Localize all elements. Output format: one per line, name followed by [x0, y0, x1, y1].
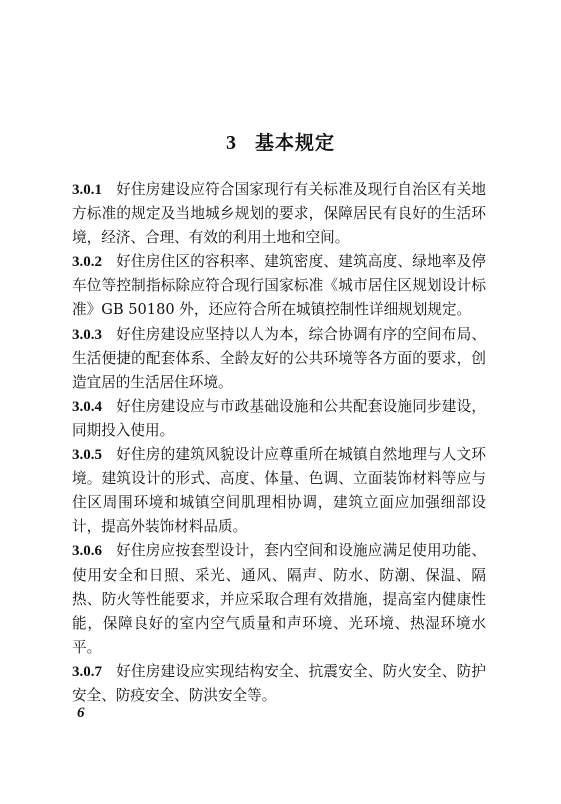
clause-number: 3.0.4: [72, 399, 102, 415]
clause-text: 好住房建设应与市政基础设施和公共配套设施同步建设，同期投入使用。: [72, 398, 486, 439]
clause-text: 好住房建设应坚持以人为本，综合协调有序的空间布局、生活便捷的配套体系、全龄友好的…: [72, 326, 486, 391]
clause-text: 好住房建设应实现结构安全、抗震安全、防火安全、防护安全、防疫安全、防洪安全等。: [72, 663, 486, 704]
chapter-title: 基本规定: [255, 132, 335, 154]
clause-text: 好住房住区的容积率、建筑密度、建筑高度、绿地率及停车位等控制指标除应符合现行国家…: [72, 253, 486, 318]
clause-number: 3.0.6: [72, 543, 102, 559]
clause-3-0-2: 3.0.2好住房住区的容积率、建筑密度、建筑高度、绿地率及停车位等控制指标除应符…: [72, 250, 486, 322]
clause-number: 3.0.5: [72, 447, 102, 463]
clause-3-0-5: 3.0.5好住房的建筑风貌设计应尊重所在城镇自然地理与人文环境。建筑设计的形式、…: [72, 443, 486, 539]
clause-number: 3.0.3: [72, 327, 102, 343]
page-number: 6: [77, 705, 85, 722]
clause-3-0-1: 3.0.1好住房建设应符合国家现行有关标准及现行自治区有关地方标准的规定及当地城…: [72, 178, 486, 250]
clause-number: 3.0.2: [72, 254, 102, 270]
clause-text: 好住房的建筑风貌设计应尊重所在城镇自然地理与人文环境。建筑设计的形式、高度、体量…: [72, 446, 486, 535]
chapter-number: 3: [226, 132, 237, 154]
clause-3-0-6: 3.0.6好住房应按套型设计，套内空间和设施应满足使用功能、使用安全和日照、采光…: [72, 539, 486, 659]
clause-3-0-7: 3.0.7好住房建设应实现结构安全、抗震安全、防火安全、防护安全、防疫安全、防洪…: [72, 660, 486, 708]
clause-number: 3.0.7: [72, 664, 102, 680]
clause-number: 3.0.1: [72, 182, 102, 198]
chapter-heading: 3基本规定: [0, 128, 561, 155]
clause-text: 好住房应按套型设计，套内空间和设施应满足使用功能、使用安全和日照、采光、通风、隔…: [72, 542, 486, 655]
clause-text: 好住房建设应符合国家现行有关标准及现行自治区有关地方标准的规定及当地城乡规划的要…: [72, 181, 486, 246]
clause-list: 3.0.1好住房建设应符合国家现行有关标准及现行自治区有关地方标准的规定及当地城…: [72, 178, 486, 708]
clause-3-0-4: 3.0.4好住房建设应与市政基础设施和公共配套设施同步建设，同期投入使用。: [72, 395, 486, 443]
clause-3-0-3: 3.0.3好住房建设应坚持以人为本，综合协调有序的空间布局、生活便捷的配套体系、…: [72, 323, 486, 395]
